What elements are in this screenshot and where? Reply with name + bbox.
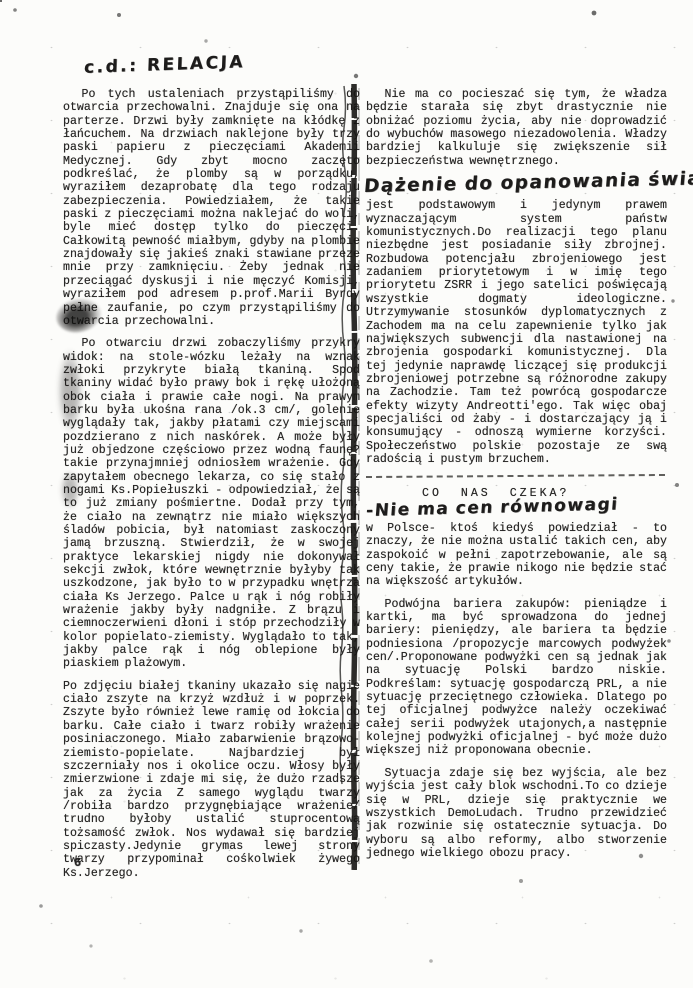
section1-body: jest podstawowym i jedynym prawem wyznac… (366, 199, 667, 466)
section2-paragraph-1: w Polsce- ktoś kiedyś powiedział - to zn… (366, 522, 667, 589)
right-text-column: Nie ma co pocieszać się tym, że władza b… (366, 88, 667, 869)
section-title-no-equilibrium-prices: -Nie ma cen równowagi (365, 497, 667, 518)
section-title-world-domination: Dążenie do opanowania świata (363, 173, 667, 193)
left-paragraph-2: Po otwarciu drzwi zobaczyliśmy przykry w… (63, 337, 360, 671)
section2-paragraph-3: Sytuacja zdaje się bez wyjścia, ale bez … (366, 767, 667, 860)
dashed-separator (366, 474, 665, 478)
section2-paragraph-2: Podwójna bariera zakupów: pieniądze i ka… (366, 598, 667, 758)
page-number: 6 (74, 856, 81, 870)
toner-specks (0, 0, 2, 2)
left-paragraph-1: Po tych ustaleniach przystąpiliśmy do ot… (63, 88, 360, 328)
left-paragraph-3: Po zdjęciu białej tkaniny ukazało się na… (63, 680, 360, 880)
right-intro-paragraph: Nie ma co pocieszać się tym, że władza b… (366, 88, 667, 168)
left-text-column: Po tych ustaleniach przystąpiliśmy do ot… (63, 88, 360, 889)
handwritten-continuation-label: c.d.: RELACJA (84, 52, 246, 78)
scanned-document-page: c.d.: RELACJA Po tych ustaleniach przyst… (0, 0, 693, 988)
